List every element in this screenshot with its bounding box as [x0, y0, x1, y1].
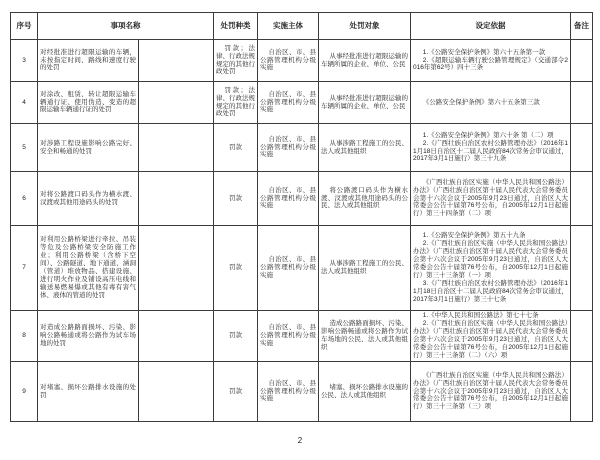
cell-penalty-object: 将公路渡口码头作为横水渡、汊渡或其他用途码头的公民、法人或其他组织	[319, 172, 411, 226]
cell-note	[571, 311, 593, 362]
cell-name-spacer	[139, 226, 214, 311]
cell-legal-basis: 《公路安全保护条例》第六十五条第三款	[411, 82, 571, 124]
cell-name-spacer	[139, 82, 214, 124]
cell-legal-basis: 《广西壮族自治区实施（中华人民共和国公路法）办法》（广西壮族自治区第十届人民代表…	[411, 362, 571, 422]
cell-item-name: 对涂改、租赁、转让超限运输车辆通行证、使用伪造、变造的超限运输车辆通行证的处罚	[38, 82, 139, 124]
cell-legal-basis: 《广西壮族自治区实施（中华人民共和国公路法）办法》（广西壮族自治区第十届人民代表…	[411, 172, 571, 226]
cell-penalty-object: 从事涉路工程施工的公民、法人或其他组织	[319, 226, 411, 311]
table-body: 3 对经批准进行超限运输的车辆，未按指定时间、路线和速度行驶的处罚 罚款；法律、…	[11, 40, 593, 422]
cell-penalty-type: 罚款；法律、行政法规规定的其他行政处罚	[214, 40, 258, 82]
cell-row-number: 3	[11, 40, 38, 82]
col-header-subject: 实施主体	[258, 13, 319, 40]
table-row: 5 对涉路工程设施影响公路完好、安全和畅通的处罚 罚款 自治区、市、县公路管理机…	[11, 124, 593, 172]
cell-subject: 自治区、市、县公路管理机构分级实施	[258, 82, 319, 124]
col-header-type: 处罚种类	[214, 13, 258, 40]
page-number: 2	[0, 436, 600, 445]
cell-subject: 自治区、市、县公路管理机构分级实施	[258, 226, 319, 311]
cell-row-number: 6	[11, 172, 38, 226]
cell-penalty-type: 罚款	[214, 311, 258, 362]
cell-name-spacer	[139, 172, 214, 226]
cell-row-number: 7	[11, 226, 38, 311]
col-header-object: 处罚对象	[319, 13, 411, 40]
cell-legal-basis: 1.《中华人民共和国公路法》第七十七条2.《广西壮族自治区实施（中华人民共和国公…	[411, 311, 571, 362]
cell-name-spacer	[139, 124, 214, 172]
table-header-row: 序号 事项名称 处罚种类 实施主体 处罚对象 设定依据 备注	[11, 13, 593, 40]
table-row: 4 对涂改、租赁、转让超限运输车辆通行证、使用伪造、变造的超限运输车辆通行证的处…	[11, 82, 593, 124]
cell-note	[571, 362, 593, 422]
cell-penalty-type: 罚款	[214, 362, 258, 422]
cell-note	[571, 172, 593, 226]
cell-note	[571, 40, 593, 82]
cell-penalty-type: 罚款；法律、行政法规规定的其他行政处罚	[214, 82, 258, 124]
cell-subject: 自治区、市、县公路管理机构分级实施	[258, 362, 319, 422]
cell-penalty-object: 从事经批准进行超限运输的车辆所属的企业、单位、公民	[319, 82, 411, 124]
cell-penalty-object: 从事经批准进行超限运输的车辆所属的企业、单位、公民	[319, 40, 411, 82]
cell-note	[571, 82, 593, 124]
document-page: 序号 事项名称 处罚种类 实施主体 处罚对象 设定依据 备注 3 对经批准进行超…	[0, 0, 600, 460]
cell-subject: 自治区、市、县公路管理机构分级实施	[258, 124, 319, 172]
cell-item-name: 对将公路渡口码头作为横水渡、汊渡或其他用途码头的处罚	[38, 172, 139, 226]
cell-name-spacer	[139, 362, 214, 422]
cell-row-number: 9	[11, 362, 38, 422]
cell-penalty-object: 堵塞、损坏公路排水设施的公民、法人或其他组织	[319, 362, 411, 422]
cell-name-spacer	[139, 40, 214, 82]
col-header-note: 备注	[571, 13, 593, 40]
cell-row-number: 5	[11, 124, 38, 172]
col-header-no: 序号	[11, 13, 38, 40]
col-header-basis: 设定依据	[411, 13, 571, 40]
cell-item-name: 对堵塞、损坏公路排水设施的处罚	[38, 362, 139, 422]
cell-subject: 自治区、市、县公路管理机构分级实施	[258, 40, 319, 82]
cell-name-spacer	[139, 311, 214, 362]
cell-penalty-object: 造成公路路面损坏、污染、影响公路畅通或将公路作为试车场地的公民、法人或其他组织	[319, 311, 411, 362]
table-row: 9 对堵塞、损坏公路排水设施的处罚 罚款 自治区、市、县公路管理机构分级实施 堵…	[11, 362, 593, 422]
cell-penalty-type: 罚款	[214, 124, 258, 172]
cell-legal-basis: 1.《公路安全保护条例》第六十五条第一款2.《超限运输车辆行驶公路管理规定》（交…	[411, 40, 571, 82]
cell-note	[571, 226, 593, 311]
cell-legal-basis: 1.《公路安全保护条例》第六十条 第（二）项2.《广西壮族自治区农村公路管理办法…	[411, 124, 571, 172]
cell-penalty-type: 罚款	[214, 172, 258, 226]
penalty-items-table: 序号 事项名称 处罚种类 实施主体 处罚对象 设定依据 备注 3 对经批准进行超…	[10, 12, 593, 422]
table-row: 8 对造成公路路面损坏、污染、影响公路畅通或将公路作为试车场地的处罚 罚款 自治…	[11, 311, 593, 362]
cell-item-name: 对经批准进行超限运输的车辆，未按指定时间、路线和速度行驶的处罚	[38, 40, 139, 82]
cell-row-number: 8	[11, 311, 38, 362]
cell-subject: 自治区、市、县公路管理机构分级实施	[258, 172, 319, 226]
table-row: 3 对经批准进行超限运输的车辆，未按指定时间、路线和速度行驶的处罚 罚款；法律、…	[11, 40, 593, 82]
cell-item-name: 对造成公路路面损坏、污染、影响公路畅通或将公路作为试车场地的处罚	[38, 311, 139, 362]
cell-item-name: 对利用公路桥梁进行牵拉、吊装等危及公路桥梁安全防施工作业；利用公路桥梁（含桥下空…	[38, 226, 139, 311]
cell-item-name: 对涉路工程设施影响公路完好、安全和畅通的处罚	[38, 124, 139, 172]
cell-note	[571, 124, 593, 172]
col-header-name: 事项名称	[38, 13, 214, 40]
table-row: 6 对将公路渡口码头作为横水渡、汊渡或其他用途码头的处罚 罚款 自治区、市、县公…	[11, 172, 593, 226]
cell-penalty-object: 从事涉路工程施工的公民、法人或其他组织	[319, 124, 411, 172]
table-row: 7 对利用公路桥梁进行牵拉、吊装等危及公路桥梁安全防施工作业；利用公路桥梁（含桥…	[11, 226, 593, 311]
cell-penalty-type: 罚款	[214, 226, 258, 311]
cell-legal-basis: 1.《公路安全保护条例》第五十九条2.《广西壮族自治区实施（中华人民共和国公路法…	[411, 226, 571, 311]
cell-subject: 自治区、市、县公路管理机构分级实施	[258, 311, 319, 362]
cell-row-number: 4	[11, 82, 38, 124]
